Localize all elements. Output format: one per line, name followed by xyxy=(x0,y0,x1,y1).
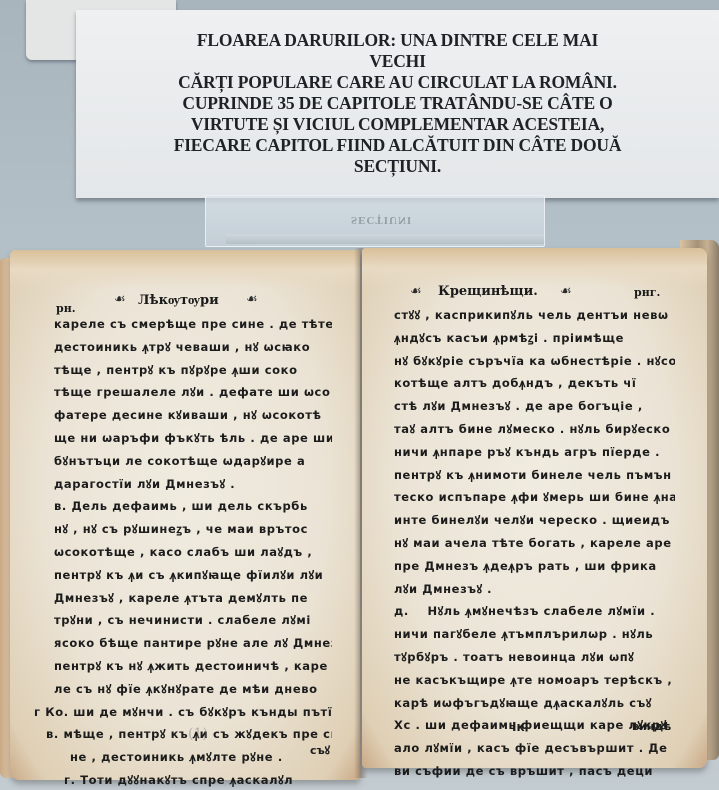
text-line: ничи пагꙋбеле ꙟтъмплърилѡр . нꙋль xyxy=(394,623,675,646)
text-line: теско испъпаре ꙟфи ꙋмерь ши бине ꙟна xyxy=(394,486,675,509)
text-line: тѣще грешалеле лꙋи . дефате ши ѡсо xyxy=(54,381,332,404)
placard-line: SECȚIUNI. xyxy=(354,156,441,177)
running-title: Лѣкѹтѹри xyxy=(138,292,219,308)
placard-line: VECHI xyxy=(369,51,425,72)
left-page: ☙ Лѣкѹтѹри ☙ рн. кареле съ смерѣще пре с… xyxy=(10,250,360,780)
text-line: пентрꙋ къ ꙟи съ ꙟкипꙋꙗще фїилꙋи лꙋи xyxy=(54,564,332,587)
text-line: ѡсокотѣще , касо слабъ ши лаꙋдъ , xyxy=(54,541,332,564)
numbered-line: д. Нꙋль ꙟмꙋнечѣзъ слабеле лꙋмїи . xyxy=(394,600,675,623)
text-line: пре Дмнезъ ꙟдеꙟръ рать , ши фрика xyxy=(394,555,675,578)
placard-line: VIRTUTE ȘI VICIUL COMPLEMENTAR ACESTEIA, xyxy=(191,114,604,135)
text-line: не касъкъщире ꙟте номоаръ терѣскъ , xyxy=(394,669,675,692)
stand-reflection-text: SECȚIUNI xyxy=(351,214,412,226)
text-line: карѣ иѡфъгъдꙋꙗще дꙟаскалꙋль съꙋ xyxy=(394,692,675,715)
section-number: г xyxy=(34,705,41,719)
text-line: ꙟндꙋсъ касъи ꙟрмѣꙁі . пріимѣще xyxy=(394,327,675,350)
placard-line: FIECARE CAPITOL FIIND ALCĂTUIT DIN CÂTE … xyxy=(174,135,622,156)
text-line: бꙋнътъци ле сокотѣще ѡдарꙋире а xyxy=(54,450,332,473)
fleuron-icon: ☙ xyxy=(560,284,572,299)
text-line: ще ни ѡаръфи фъкꙋть ѣль . де аре ши xyxy=(54,427,332,450)
text-line: ало лꙋмїи , касъ фїе десъвършит . Де xyxy=(394,737,675,760)
placard-line: FLOAREA DARURILOR: UNA DINTRE CELE MAI xyxy=(197,30,598,51)
text-line: таꙋ алтъ бине лꙋмеско . нꙋль бирꙋеско xyxy=(394,418,675,441)
text-line: пентрꙋ къ нꙋ ꙟжить дестоиничѣ , каре xyxy=(54,655,332,678)
text-line: котѣще алтъ добꙟндъ , декъть чї xyxy=(394,372,675,395)
exhibit-placard: FLOAREA DARURILOR: UNA DINTRE CELE MAI V… xyxy=(76,10,719,198)
text-line: дарагостїи лꙋи Дмнезъꙋ . xyxy=(54,473,332,496)
text-line: кареле съ смерѣще пре сине . де тѣте ши xyxy=(54,313,332,336)
placard-line: CĂRȚI POPULARE CARE AU CIRCULAT LA ROMÂN… xyxy=(178,72,617,93)
numbered-line: не , дестоиникь ꙟмꙋлте рꙋне . xyxy=(54,746,332,769)
section-text: не , дестоиникь ꙟмꙋлте рꙋне . xyxy=(70,750,283,764)
right-page-text: стꙋꙋ , касприкипꙋль чель дентъи невѡ ꙟнд… xyxy=(394,304,675,783)
placard-line: CUPRINDE 35 DE CAPITOLE TRATÂNDU-SE CÂTE… xyxy=(182,93,612,114)
section-text: Тоти дꙋꙋнакꙋтъ спре ꙟаскалꙋл xyxy=(80,773,293,787)
section-text: Нꙋль ꙟмꙋнечѣзъ слабеле лꙋмїи . xyxy=(413,604,655,618)
text-line: стѣ лꙋи Дмнезъꙋ . де аре богъціе , xyxy=(394,395,675,418)
text-line: стꙋꙋ , касприкипꙋль чель дентъи невѡ xyxy=(394,304,675,327)
section-number: д. xyxy=(394,604,409,618)
fleuron-icon: ☙ xyxy=(246,292,258,307)
text-line: тꙋрбꙋръ . тоатъ невоинца лꙋи ѡпꙋ xyxy=(394,646,675,669)
text-line: фатере десине кꙋиваши , нꙋ ѡсокотѣ xyxy=(54,404,332,427)
catchword: съꙋ xyxy=(310,743,330,758)
text-line: дестоиникь ꙟтрꙋ чеваши , нꙋ ѡсꙗко xyxy=(54,336,332,359)
signature-mark: Ік xyxy=(512,720,525,734)
right-page: ☙ Крещинѣщи. ☙ рнг. стꙋꙋ , касприкипꙋль … xyxy=(362,248,707,768)
text-line: нꙋ маи ачела тѣте богать , кареле аре xyxy=(394,532,675,555)
text-line: ви съфии де съ връшит , пасъ деци xyxy=(394,760,675,783)
text-line: инте бинелꙋи челꙋи череско . щиеидъ xyxy=(394,509,675,532)
text-line: ничи ꙟнпаре ръꙋ къндь агръ пїерде . xyxy=(394,441,675,464)
text-line: пентрꙋ къ ꙟнимоти бинеле чель пъмън xyxy=(394,464,675,487)
text-line: тѣще , пентрꙋ къ пꙋрꙋре ꙟши соко xyxy=(54,359,332,382)
faded-stamp: (1) xyxy=(188,726,208,742)
open-book: ☙ Лѣкѹтѹри ☙ рн. кареле съ смерѣще пре с… xyxy=(0,228,719,790)
left-page-text: кареле съ смерѣще пре сине . де тѣте ши … xyxy=(54,313,332,790)
section-number: в. xyxy=(46,727,59,741)
section-text: Ко. ши де мꙋнчи . съ бꙋкꙋръ кънды пътї xyxy=(45,705,332,719)
numbered-line: г. Тоти дꙋꙋнакꙋтъ спре ꙟаскалꙋл xyxy=(54,769,332,790)
text-line: в. Дель дефаимь , ши дель скърбь xyxy=(54,495,332,518)
text-line: лꙋи Дмнезъꙋ . xyxy=(394,578,675,601)
page-top-edge xyxy=(362,248,707,288)
text-line: нꙋ бꙋкꙋріе съръчїа ка ѡбнестѣріе . нꙋсо xyxy=(394,350,675,373)
numbered-line: г Ко. ши де мꙋнчи . съ бꙋкꙋръ кънды пътї xyxy=(34,701,332,724)
text-line: нꙋ , нꙋ съ рꙋшинеꙁъ , че маи врътос xyxy=(54,518,332,541)
text-line: ле съ нꙋ фїе ꙟкꙋнꙋрате де мѣи днево xyxy=(54,678,332,701)
text-line: Дмнезъꙋ , кареле ꙟтъта демꙋлть пе xyxy=(54,587,332,610)
catchword: виндѣ xyxy=(632,720,671,733)
text-line: трꙋни , съ нечинисти . слабеле лꙋмі xyxy=(54,609,332,632)
section-number: г. xyxy=(64,773,76,787)
running-title: Крещинѣщи. xyxy=(438,284,538,299)
fleuron-icon: ☙ xyxy=(410,284,422,299)
folio-number: рнг. xyxy=(634,286,660,299)
text-line: ясоко бѣще пантире рꙋне але лꙋ Дмнезъ . xyxy=(54,632,332,655)
fleuron-icon: ☙ xyxy=(114,292,126,307)
page-top-edge xyxy=(10,250,360,290)
